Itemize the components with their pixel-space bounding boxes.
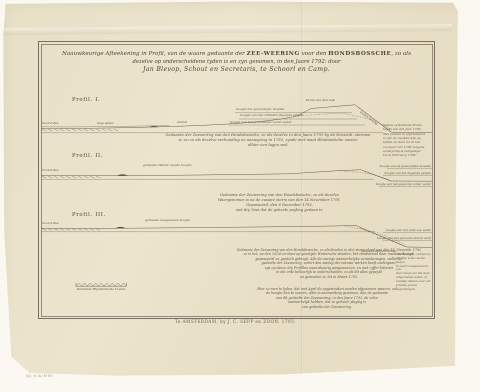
title-keyword-zeeweering: ZEE-WEERING <box>247 51 300 57</box>
profile1-strand-label: strand <box>177 121 187 125</box>
profile2-label: Profil. II. <box>72 153 103 159</box>
profile1-sea-label: Noord Zee <box>42 122 59 126</box>
profile2-caption: Gedaante der Zeewering van den Hondsboss… <box>172 193 387 213</box>
profile1-ref-label-1: hoogte der gewoonlyke vloeden <box>236 108 284 111</box>
publisher-imprint: Te AMSTERDAM, by J. C. SEPP en ZOON. 179… <box>38 319 433 324</box>
title-line-1: Naauwkeurige Afteekening in Profil, van … <box>39 51 434 57</box>
bottom-paragraph-1: Gedaante der Zeewering van den Hondsboss… <box>235 248 423 280</box>
title-line-3-author: Jan Blevop, Schout en Secretaris, te Sch… <box>39 66 434 73</box>
profile1-right-note: Nieuw verbeterde Profil, begin van het J… <box>383 123 433 158</box>
scale-bar <box>76 283 127 286</box>
title-line-1-text: Naauwkeurige Afteekening in Profil, van … <box>62 51 247 57</box>
profile2-ref-label-1: hoogte van de gewoonlyke vloeden <box>369 165 431 168</box>
print-title: Naauwkeurige Afteekening in Profil, van … <box>39 51 434 73</box>
profile1-ref-label-3: hoogte van het gewoonlyke zomer water <box>230 121 292 124</box>
scale-bar-caption: Verdeelde Rhynlandsche Voeten <box>56 288 146 291</box>
title-line-1-mid: voor den <box>300 51 328 57</box>
profile1-label: Profil. I. <box>72 97 100 103</box>
profile2-sea-label: Noord Zee <box>42 169 59 173</box>
title-line-1-end: , zo als <box>391 51 411 57</box>
profile3-sea-label: Noord Zee <box>42 222 59 226</box>
profile2-ref-label-3: hoogte van het gewoone zomer water <box>365 183 431 186</box>
profile1-ref-label-2: hoogte van het ordinaire dagelyks getyde <box>240 114 303 117</box>
paper-fold-crease-horizontal <box>4 24 452 35</box>
profile3-ref-label-2: hoogte van het gewoone strand zand <box>369 237 431 240</box>
profile1-crest-label: Kruin van den Dyk <box>306 99 335 103</box>
title-keyword-hondsbossche: HONDSBOSSCHE <box>328 51 391 57</box>
engraved-plate-frame: Naauwkeurige Afteekening in Profil, van … <box>38 41 435 319</box>
pencil-inventory-note: Bd. B. da H 6a. <box>26 374 54 379</box>
profile3-label: Profil. III. <box>72 212 106 218</box>
profile3-ref-label-1: hoogte van het volle zee water <box>369 229 431 232</box>
profile2-mid-label: gemeene Winter vloeds hoogte <box>143 164 192 168</box>
profile1-lowwater-label: laag water <box>97 122 114 126</box>
bottom-paragraph-2: Hier zo men te lyden, dat met April de o… <box>231 287 423 309</box>
scan-background: Naauwkeurige Afteekening in Profil, van … <box>0 0 480 392</box>
profile3-mid-label: gemeene Laagwaters hoogte <box>145 219 190 223</box>
title-line-2: dezelve op onderscheidene tyden is en zy… <box>39 59 434 65</box>
profile2-ref-label-2: hoogte van het dagelyks getyde <box>369 172 431 175</box>
profile1-caption: Gedaante der Zeewering van den Hondsboss… <box>163 132 373 147</box>
paper-sheet: Naauwkeurige Afteekening in Profil, van … <box>0 0 472 386</box>
